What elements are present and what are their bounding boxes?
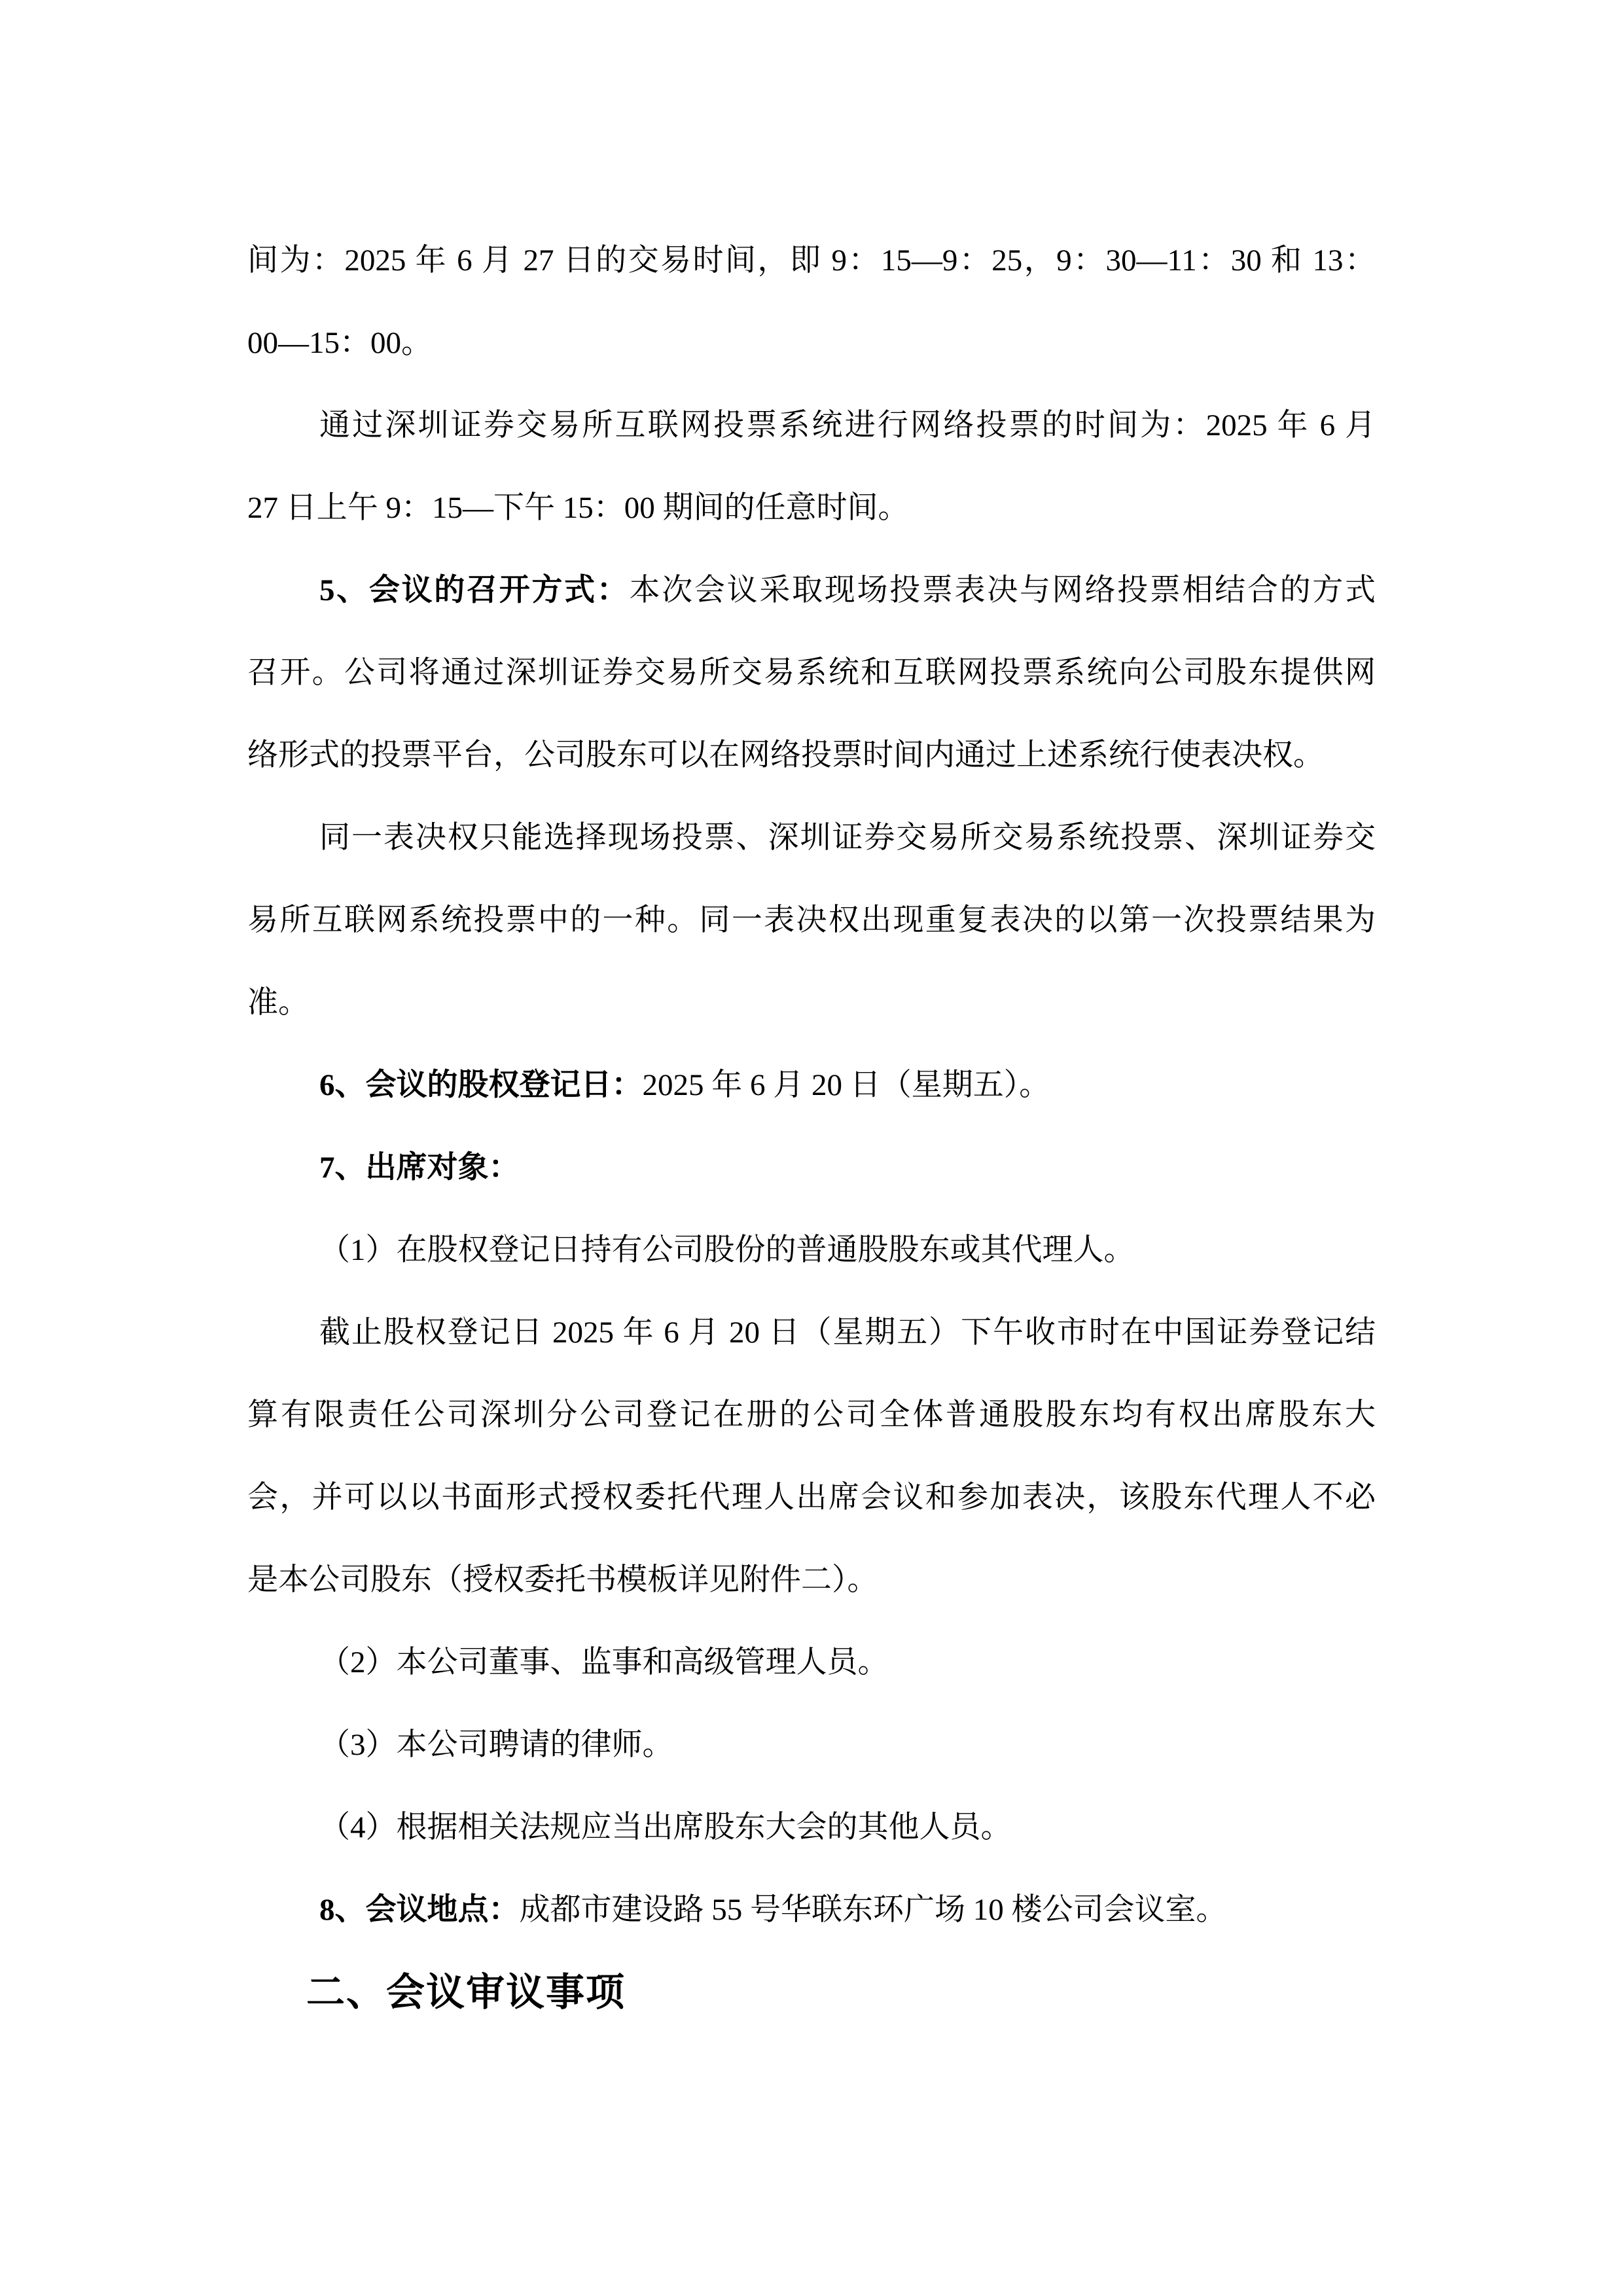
doc-line-12: 7、出席对象：: [247, 1126, 1376, 1209]
line-08-text: 同一表决权只能选择现场投票、深圳证券交易所交易系统投票、深圳证券交: [319, 821, 1376, 855]
line-05-bold: 5、会议的召开方式：: [319, 573, 630, 607]
line-21-text: 成都市建设路 55 号华联东环广场 10 楼公司会议室。: [520, 1893, 1227, 1927]
doc-line-16: 会，并可以以书面形式授权委托代理人出席会议和参加表决，该股东代理人不必: [247, 1456, 1376, 1539]
doc-line-03: 通过深圳证券交易所互联网投票系统进行网络投票的时间为：2025 年 6 月: [247, 384, 1376, 467]
doc-line-09: 易所互联网系统投票中的一种。同一表决权出现重复表决的以第一次投票结果为: [247, 879, 1376, 961]
doc-line-08: 同一表决权只能选择现场投票、深圳证券交易所交易系统投票、深圳证券交: [247, 797, 1376, 879]
line-02-text: 00—15：00。: [247, 326, 432, 360]
line-20-text: （4）根据相关法规应当出席股东大会的其他人员。: [319, 1810, 1012, 1844]
line-15-text: 算有限责任公司深圳分公司登记在册的公司全体普通股股东均有权出席股东大: [247, 1398, 1376, 1432]
line-10-text: 准。: [247, 986, 309, 1020]
doc-line-04: 27 日上午 9：15—下午 15：00 期间的任意时间。: [247, 467, 1376, 549]
doc-line-06: 召开。公司将通过深圳证券交易所交易系统和互联网投票系统向公司股东提供网: [247, 632, 1376, 714]
line-18-text: （2）本公司董事、监事和高级管理人员。: [319, 1645, 889, 1679]
document-page: 间为：2025 年 6 月 27 日的交易时间，即 9：15—9：25，9：30…: [0, 0, 1623, 2296]
line-03-text: 通过深圳证券交易所互联网投票系统进行网络投票的时间为：2025 年 6 月: [319, 408, 1376, 442]
line-11-bold: 6、会议的股权登记日：: [319, 1068, 643, 1102]
line-09-text: 易所互联网系统投票中的一种。同一表决权出现重复表决的以第一次投票结果为: [247, 903, 1376, 937]
doc-line-18: （2）本公司董事、监事和高级管理人员。: [247, 1621, 1376, 1704]
line-06-text: 召开。公司将通过深圳证券交易所交易系统和互联网投票系统向公司股东提供网: [247, 656, 1376, 690]
line-05-text: 本次会议采取现场投票表决与网络投票相结合的方式: [630, 573, 1376, 607]
doc-line-13: （1）在股权登记日持有公司股份的普通股股东或其代理人。: [247, 1209, 1376, 1291]
doc-line-19: （3）本公司聘请的律师。: [247, 1704, 1376, 1786]
line-01-text: 间为：2025 年 6 月 27 日的交易时间，即 9：15—9：25，9：30…: [247, 243, 1376, 278]
doc-line-14: 截止股权登记日 2025 年 6 月 20 日（星期五）下午收市时在中国证券登记…: [247, 1291, 1376, 1374]
doc-line-10: 准。: [247, 961, 1376, 1044]
section-2-heading: 二、会议审议事项: [247, 1951, 1376, 2034]
line-13-text: （1）在股权登记日持有公司股份的普通股股东或其代理人。: [319, 1233, 1135, 1267]
line-04-text: 27 日上午 9：15—下午 15：00 期间的任意时间。: [247, 491, 909, 525]
doc-line-17: 是本公司股东（授权委托书模板详见附件二）。: [247, 1539, 1376, 1621]
doc-line-21: 8、会议地点：成都市建设路 55 号华联东环广场 10 楼公司会议室。: [247, 1869, 1376, 1951]
line-11-text: 2025 年 6 月 20 日（星期五）。: [643, 1068, 1050, 1102]
doc-line-02: 00—15：00。: [247, 302, 1376, 384]
doc-line-05: 5、会议的召开方式：本次会议采取现场投票表决与网络投票相结合的方式: [247, 549, 1376, 632]
line-14-text: 截止股权登记日 2025 年 6 月 20 日（星期五）下午收市时在中国证券登记…: [319, 1316, 1376, 1350]
doc-line-01: 间为：2025 年 6 月 27 日的交易时间，即 9：15—9：25，9：30…: [247, 219, 1376, 302]
line-21-bold: 8、会议地点：: [319, 1893, 520, 1927]
line-17-text: 是本公司股东（授权委托书模板详见附件二）。: [247, 1563, 878, 1597]
doc-line-20: （4）根据相关法规应当出席股东大会的其他人员。: [247, 1786, 1376, 1869]
line-07-text: 络形式的投票平台，公司股东可以在网络投票时间内通过上述系统行使表决权。: [247, 738, 1324, 772]
doc-line-15: 算有限责任公司深圳分公司登记在册的公司全体普通股股东均有权出席股东大: [247, 1374, 1376, 1456]
doc-line-07: 络形式的投票平台，公司股东可以在网络投票时间内通过上述系统行使表决权。: [247, 714, 1376, 797]
doc-line-11: 6、会议的股权登记日：2025 年 6 月 20 日（星期五）。: [247, 1044, 1376, 1126]
line-19-text: （3）本公司聘请的律师。: [319, 1728, 673, 1762]
heading-text: 二、会议审议事项: [306, 1969, 626, 2015]
line-12-bold: 7、出席对象：: [319, 1151, 520, 1185]
line-16-text: 会，并可以以书面形式授权委托代理人出席会议和参加表决，该股东代理人不必: [247, 1480, 1376, 1515]
